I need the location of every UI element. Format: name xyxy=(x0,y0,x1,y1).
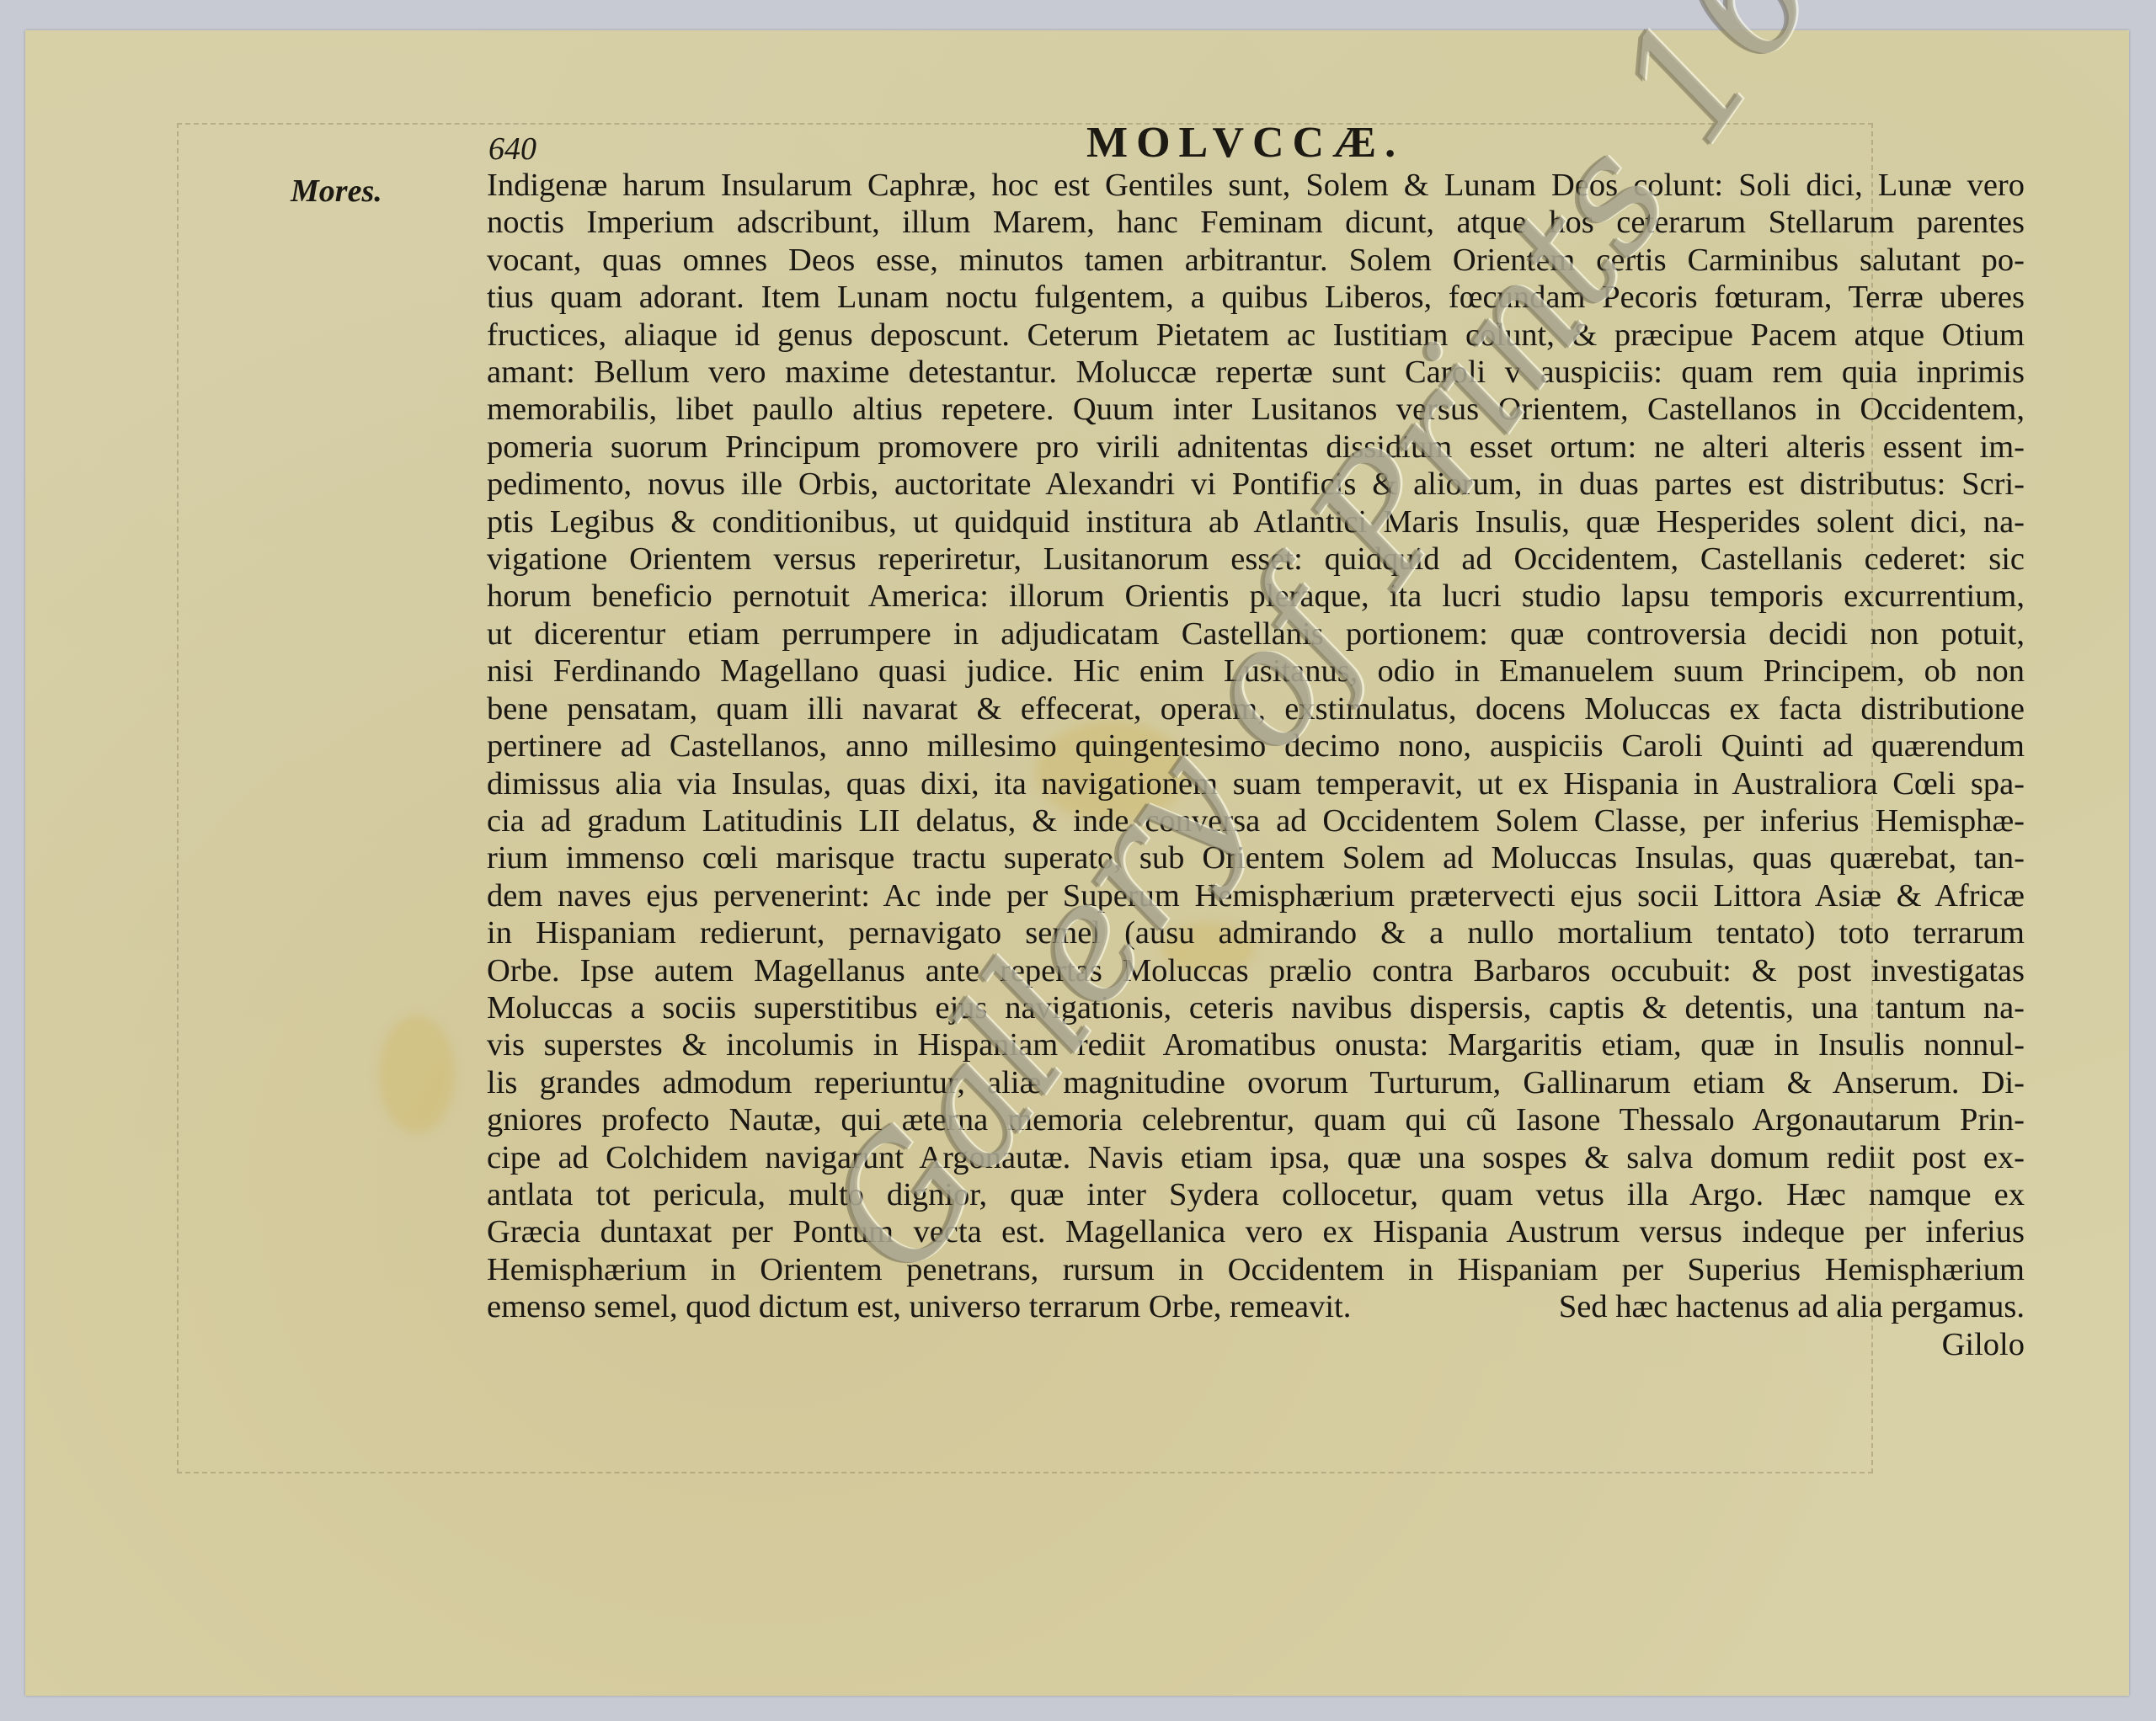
foxing-stain xyxy=(379,1015,455,1133)
marginal-note: Mores. xyxy=(291,173,382,210)
text-line: Moluccas a sociis superstitibus ejus nav… xyxy=(487,989,2025,1026)
text-line: pedimento, novus ille Orbis, auctoritate… xyxy=(487,466,2025,503)
text-line: dem naves ejus pervenerint: Ac inde per … xyxy=(487,877,2025,914)
text-line: cipe ad Colchidem navigarunt Argonautæ. … xyxy=(487,1139,2025,1176)
text-line: pomeria suorum Principum promovere pro v… xyxy=(487,429,2025,466)
text-line: in Hispaniam redierunt, pernavigato seme… xyxy=(487,914,2025,951)
text-line: fructices, aliaque id genus deposcunt. C… xyxy=(487,317,2025,354)
text-line: tius quam adorant. Item Lunam noctu fulg… xyxy=(487,279,2025,316)
text-line: amant: Bellum vero maxime detestantur. M… xyxy=(487,354,2025,391)
text-line: Hemisphærium in Orientem penetrans, rurs… xyxy=(487,1251,2025,1288)
text-line: lis grandes admodum reperiuntur, aliæ ma… xyxy=(487,1064,2025,1101)
running-head-title: MOLVCCÆ. xyxy=(1086,118,1404,168)
text-line: vis superstes & incolumis in Hispaniam r… xyxy=(487,1026,2025,1063)
text-line: noctis Imperium adscribunt, illum Marem,… xyxy=(487,204,2025,241)
text-line: antlata tot pericula, multo dignior, quæ… xyxy=(487,1176,2025,1213)
text-line: Græcia duntaxat per Pontum vecta est. Ma… xyxy=(487,1213,2025,1250)
closing-text: emenso semel, quod dictum est, universo … xyxy=(487,1288,1351,1325)
catchword: Gilolo xyxy=(487,1326,2025,1363)
text-line: Indigenæ harum Insularum Caphræ, hoc est… xyxy=(487,167,2025,204)
text-line: vocant, quas omnes Deos esse, minutos ta… xyxy=(487,242,2025,279)
text-line: memorabilis, libet paullo altius repeter… xyxy=(487,391,2025,428)
transition-text: Sed hæc hactenus ad alia pergamus. xyxy=(1559,1288,2025,1325)
text-line: Orbe. Ipse autem Magellanus ante reperta… xyxy=(487,952,2025,989)
page-number: 640 xyxy=(488,131,536,168)
text-line: gniores profecto Nautæ, qui æterna memor… xyxy=(487,1101,2025,1138)
closing-line: emenso semel, quod dictum est, universo … xyxy=(487,1288,2025,1325)
